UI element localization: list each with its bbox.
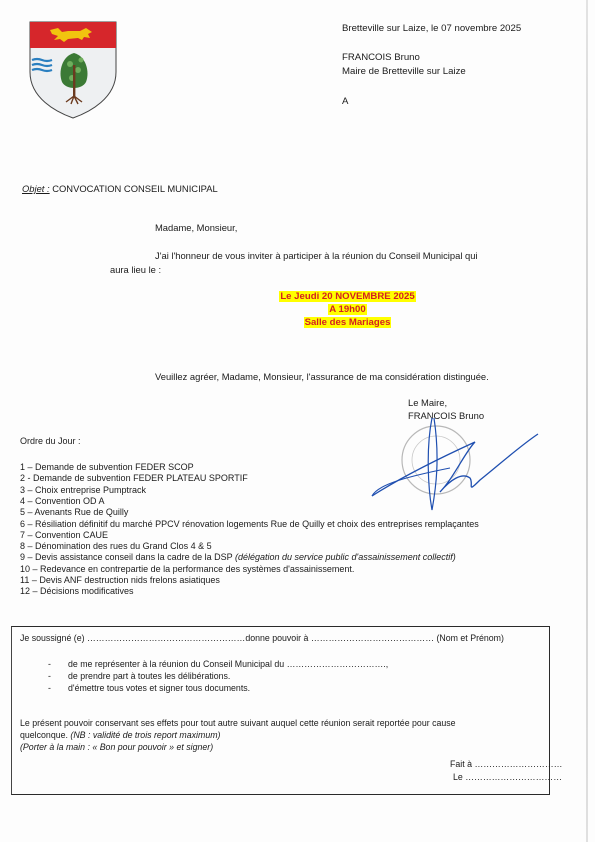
subject-text: CONVOCATION CONSEIL MUNICIPAL xyxy=(50,183,218,194)
intro-line-1: J'ai l'honneur de vous inviter à partici… xyxy=(155,250,478,261)
bullet-dash-icon: - xyxy=(48,671,51,681)
agenda-item: 12 – Décisions modificatives xyxy=(20,586,134,596)
validity-note: (NB : validité de trois report maximum) xyxy=(70,730,220,740)
validity-line-1: Le présent pouvoir conservant ses effets… xyxy=(20,718,456,728)
salutation: Madame, Monsieur, xyxy=(155,222,237,233)
date-field[interactable]: Le …………………………… xyxy=(453,772,562,782)
agenda-item: 9 – Devis assistance conseil dans la cad… xyxy=(20,552,456,562)
sender-name: FRANCOIS Bruno xyxy=(342,52,420,63)
agenda-item: 6 – Résiliation définitif du marché PPCV… xyxy=(20,519,479,529)
proxy-bullet-item: de me représenter à la réunion du Consei… xyxy=(68,659,388,669)
agenda-item: 11 – Devis ANF destruction nids frelons … xyxy=(20,575,220,585)
subject-line: Objet : CONVOCATION CONSEIL MUNICIPAL xyxy=(22,183,218,194)
proxy-declaration: Je soussigné (e) ………………………………………………donne… xyxy=(20,633,504,643)
subject-label: Objet : xyxy=(22,183,50,194)
hand-note: (Porter à la main : « Bon pour pouvoir »… xyxy=(20,742,213,752)
agenda-item: 5 – Avenants Rue de Quilly xyxy=(20,507,128,517)
agenda-item: 10 – Redevance en contrepartie de la per… xyxy=(20,564,354,574)
signature-role: Le Maire, xyxy=(408,397,447,408)
agenda-item: 7 – Convention CAUE xyxy=(20,530,108,540)
agenda-item: 8 – Dénomination des rues du Grand Clos … xyxy=(20,541,212,551)
agenda-item: 2 - Demande de subvention FEDER PLATEAU … xyxy=(20,473,248,483)
agenda-item: 1 – Demande de subvention FEDER SCOP xyxy=(20,462,194,472)
meeting-place: Salle des Mariages xyxy=(50,317,595,328)
recipient-prefix: A xyxy=(342,96,348,107)
proxy-bullet-item: de prendre part à toutes les délibératio… xyxy=(68,671,230,681)
meeting-time: A 19h00 xyxy=(50,304,595,315)
fait-a-field[interactable]: Fait à ………………………… xyxy=(450,759,562,769)
bullet-dash-icon: - xyxy=(48,683,51,693)
sender-title: Maire de Bretteville sur Laize xyxy=(342,66,466,77)
closing-formula: Veuillez agréer, Madame, Monsieur, l'ass… xyxy=(155,371,489,382)
agenda-item: 4 – Convention OD A xyxy=(20,496,105,506)
agenda-item: 3 – Choix entreprise Pumptrack xyxy=(20,485,146,495)
meeting-date: Le Jeudi 20 NOVEMBRE 2025 xyxy=(50,291,595,302)
bullet-dash-icon: - xyxy=(48,659,51,669)
coat-of-arms-icon xyxy=(28,20,118,120)
place-date: Bretteville sur Laize, le 07 novembre 20… xyxy=(342,23,521,34)
validity-line-2: quelconque. (NB : validité de trois repo… xyxy=(20,730,220,740)
intro-line-2: aura lieu le : xyxy=(110,264,161,275)
proxy-bullet-item: d'émettre tous votes et signer tous docu… xyxy=(68,683,250,693)
page-edge-shadow xyxy=(586,0,588,842)
signature-stamp-icon xyxy=(370,418,550,518)
agenda-title: Ordre du Jour : xyxy=(20,436,81,446)
proxy-form-box: Je soussigné (e) ………………………………………………donne… xyxy=(11,626,550,795)
